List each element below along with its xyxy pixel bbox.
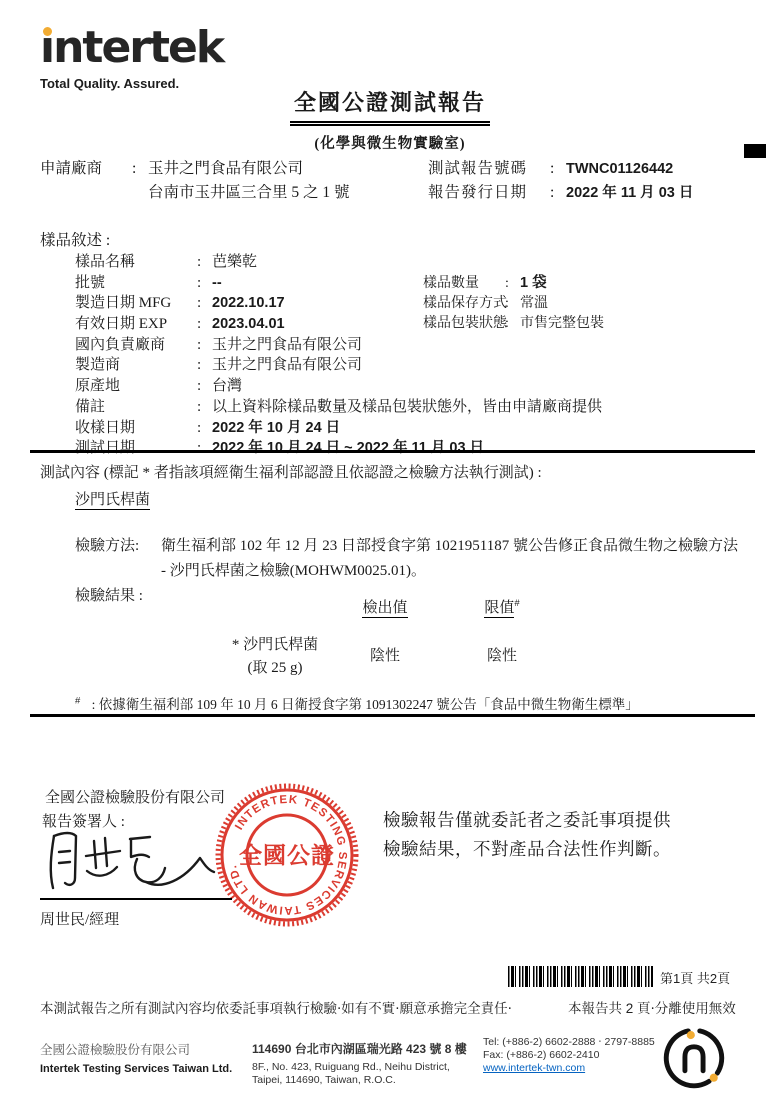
row-value: 市售完整包裝 bbox=[520, 316, 604, 331]
page-info: 第1頁 共2頁 bbox=[660, 968, 730, 987]
method-label: 檢驗方法: bbox=[75, 534, 161, 584]
footer-fax: Fax: (+886-2) 6602-2410 bbox=[483, 1049, 655, 1062]
company-stamp: INTERTEK TESTING SERVICES TAIWAN LTD. 全國… bbox=[213, 781, 361, 929]
footer-company-en: Intertek Testing Services Taiwan Ltd. bbox=[40, 1063, 232, 1075]
colon: : bbox=[197, 295, 212, 312]
result-analyte-name: 沙門氏桿菌 bbox=[243, 637, 318, 653]
disclaimer-line1: 檢驗報告僅就委託者之委託事項提供 bbox=[383, 806, 671, 835]
col-header-limit-text: 限值 bbox=[484, 600, 514, 618]
row-label: 測試日期 bbox=[75, 436, 197, 457]
row-label: 樣品保存方式 bbox=[423, 292, 505, 312]
sample-row-received-date: 收樣日期:2022 年 10 月 24 日 bbox=[75, 416, 602, 437]
row-label: 樣品數量 bbox=[423, 272, 505, 292]
applicant-row: 申請廠商:玉井之門食品有限公司 bbox=[40, 156, 303, 178]
divider-line-top bbox=[30, 450, 755, 453]
result-detected-value: 陰性 bbox=[345, 644, 425, 665]
intertek-logo: ıntertek Total Quality. Assured. bbox=[40, 26, 223, 91]
row-value: 以上資料除樣品數量及樣品包裝狀態外，皆由申請廠商提供 bbox=[212, 399, 602, 415]
analyte-heading-text: 沙門氏桿菌 bbox=[75, 492, 150, 510]
disclaimer-line2: 檢驗結果，不對產品合法性作判斷。 bbox=[383, 835, 671, 864]
result-row-qty: (取 25 g) bbox=[200, 656, 350, 677]
page-subtitle: (化學與微生物實驗室) bbox=[0, 132, 780, 153]
col-header-detected: 檢出值 bbox=[345, 596, 425, 617]
issue-date-value: 2022 年 11 月 03 日 bbox=[566, 185, 693, 201]
colon: : bbox=[197, 337, 212, 354]
barcode bbox=[508, 966, 653, 987]
certified-mark: * bbox=[232, 637, 240, 653]
row-value: 玉井之門食品有限公司 bbox=[212, 337, 362, 353]
col-header-limit: 限值# bbox=[462, 596, 542, 617]
sample-row-storage: 樣品保存方式:常溫 bbox=[423, 292, 604, 313]
colon: : bbox=[197, 357, 212, 374]
report-page: ıntertek Total Quality. Assured. 全國公證測試報… bbox=[0, 0, 780, 1104]
footer-address-zh: 114690 台北市內湖區瑞光路 423 號 8 樓 bbox=[252, 1040, 467, 1057]
row-value: 常溫 bbox=[520, 296, 548, 311]
footer-contact-block: Tel: (+886-2) 6602-2888 ‧ 2797-8885 Fax:… bbox=[483, 1036, 655, 1074]
footer-tel: Tel: (+886-2) 6602-2888 ‧ 2797-8885 bbox=[483, 1036, 655, 1049]
applicant-label: 申請廠商 bbox=[40, 156, 132, 178]
applicant-address: 台南市玉井區三合里 5 之 1 號 bbox=[148, 180, 350, 202]
row-value: 玉井之門食品有限公司 bbox=[212, 357, 362, 373]
logo-yellow-dot-icon bbox=[43, 27, 52, 36]
report-no-label: 測試報告號碼 bbox=[428, 156, 550, 178]
intertek-circle-icon bbox=[662, 1026, 726, 1090]
row-value: 2023.04.01 bbox=[212, 316, 285, 332]
stamp-center-text: 全國公證 bbox=[239, 842, 335, 868]
sample-section-title: 樣品敘述 : bbox=[40, 228, 110, 250]
footer-address-block: 114690 台北市內湖區瑞光路 423 號 8 樓 8F., No. 423,… bbox=[252, 1040, 467, 1087]
title-block: 全國公證測試報告 (化學與微生物實驗室) bbox=[0, 86, 780, 153]
test-content-heading: 測試內容 (標記 * 者指該項經衛生福利部認證且依認證之檢驗方法執行測試) : bbox=[40, 461, 542, 482]
page-title: 全國公證測試報告 bbox=[290, 86, 490, 126]
method-text: 衛生福利部 102 年 12 月 23 日部授食字第 1021951187 號公… bbox=[161, 534, 746, 584]
row-value: 1 袋 bbox=[520, 275, 547, 291]
footer-address-en1: 8F., No. 423, Ruiguang Rd., Neihu Distri… bbox=[252, 1061, 467, 1074]
signature-line bbox=[40, 898, 232, 900]
footer-website-link[interactable]: www.intertek-twn.com bbox=[483, 1062, 655, 1074]
colon: : bbox=[505, 296, 520, 312]
method-row: 檢驗方法: 衛生福利部 102 年 12 月 23 日部授食字第 1021951… bbox=[75, 534, 746, 584]
sample-row-manufacturer: 製造商:玉井之門食品有限公司 bbox=[75, 353, 602, 374]
row-label: 國內負責廠商 bbox=[75, 333, 197, 354]
report-no-value: TWNC01126442 bbox=[566, 161, 673, 177]
col-header-detected-text: 檢出值 bbox=[362, 600, 407, 618]
sample-right-column: 樣品數量:1 袋 樣品保存方式:常溫 樣品包裝狀態:市售完整包裝 bbox=[423, 271, 604, 333]
colon: : bbox=[197, 254, 212, 271]
row-label: 收樣日期 bbox=[75, 416, 197, 437]
handwritten-signature bbox=[42, 826, 232, 898]
colon: : bbox=[197, 378, 212, 395]
result-row-name: * 沙門氏桿菌 bbox=[200, 633, 350, 654]
footnote-superscript: # bbox=[75, 696, 80, 707]
sample-row-name: 樣品名稱:芭樂乾 bbox=[75, 250, 602, 271]
colon: : bbox=[550, 160, 566, 178]
colon: : bbox=[505, 316, 520, 332]
divider-line-bottom bbox=[30, 714, 755, 717]
analyte-heading: 沙門氏桿菌 bbox=[75, 488, 150, 509]
colon: : bbox=[550, 184, 566, 202]
row-label: 備註 bbox=[75, 395, 197, 416]
result-label: 檢驗結果 : bbox=[75, 584, 143, 605]
row-value: 台灣 bbox=[212, 378, 242, 394]
signing-company: 全國公證檢驗股份有限公司 bbox=[45, 786, 225, 807]
sample-row-origin: 原產地:台灣 bbox=[75, 374, 602, 395]
sample-row-quantity: 樣品數量:1 袋 bbox=[423, 271, 604, 292]
footer-company-block: 全國公證檢驗股份有限公司 Intertek Testing Services T… bbox=[40, 1040, 232, 1075]
row-label: 樣品包裝狀態 bbox=[423, 312, 505, 332]
result-limit-value: 陰性 bbox=[462, 644, 542, 665]
sample-row-test-date: 測試日期:2022 年 10 月 24 日 ~ 2022 年 11 月 03 日 bbox=[75, 436, 602, 457]
row-value: 2022 年 10 月 24 日 bbox=[212, 420, 340, 436]
issue-date-label: 報告發行日期 bbox=[428, 180, 550, 202]
issue-date-row: 報告發行日期:2022 年 11 月 03 日 bbox=[428, 180, 693, 202]
limit-superscript: # bbox=[514, 598, 519, 609]
row-label: 批號 bbox=[75, 271, 197, 292]
row-label: 原產地 bbox=[75, 374, 197, 395]
footer-address-en2: Taipei, 114690, Taiwan, R.O.C. bbox=[252, 1074, 467, 1087]
pages-note: 本報告共 2 頁‧分離使用無效 bbox=[568, 997, 736, 1017]
row-value: 芭樂乾 bbox=[212, 254, 257, 270]
colon: : bbox=[135, 538, 139, 554]
row-value: 2022 年 10 月 24 日 ~ 2022 年 11 月 03 日 bbox=[212, 440, 484, 456]
footer-company-zh: 全國公證檢驗股份有限公司 bbox=[40, 1040, 232, 1058]
row-label: 製造商 bbox=[75, 353, 197, 374]
colon: : bbox=[197, 420, 212, 437]
sample-row-remark: 備註:以上資料除樣品數量及樣品包裝狀態外，皆由申請廠商提供 bbox=[75, 395, 602, 416]
colon: : bbox=[197, 275, 212, 292]
sample-section-title-text: 樣品敘述 bbox=[40, 232, 102, 249]
applicant-name: 玉井之門食品有限公司 bbox=[148, 160, 303, 177]
colon: : bbox=[132, 160, 148, 178]
intertek-logo-text: ıntertek bbox=[40, 26, 223, 70]
sample-row-domestic-firm: 國內負責廠商:玉井之門食品有限公司 bbox=[75, 333, 602, 354]
corner-registration-mark bbox=[744, 144, 766, 158]
footnote-text: : 依據衛生福利部 109 年 10 月 6 日衛授食字第 1091302247… bbox=[92, 697, 639, 712]
method-label-text: 檢驗方法 bbox=[75, 538, 135, 554]
row-label: 樣品名稱 bbox=[75, 250, 197, 271]
row-label: 製造日期 MFG bbox=[75, 291, 197, 312]
footnote: # : 依據衛生福利部 109 年 10 月 6 日衛授食字第 10913022… bbox=[75, 693, 639, 713]
disclaimer: 檢驗報告僅就委託者之委託事項提供 檢驗結果，不對產品合法性作判斷。 bbox=[383, 806, 671, 864]
sample-row-packaging: 樣品包裝狀態:市售完整包裝 bbox=[423, 312, 604, 333]
row-value: 2022.10.17 bbox=[212, 295, 285, 311]
colon: : bbox=[197, 440, 212, 457]
row-value: -- bbox=[212, 275, 222, 291]
report-no-row: 測試報告號碼:TWNC01126442 bbox=[428, 156, 673, 178]
colon: : bbox=[197, 399, 212, 416]
colon: : bbox=[505, 276, 520, 292]
row-label: 有效日期 EXP bbox=[75, 312, 197, 333]
colon: : bbox=[106, 232, 110, 249]
signer-name: 周世民/經理 bbox=[40, 908, 119, 929]
colon: : bbox=[197, 316, 212, 333]
integrity-note: 本測試報告之所有測試內容均依委託事項執行檢驗‧如有不實‧願意承擔完全責任‧ bbox=[40, 997, 512, 1017]
